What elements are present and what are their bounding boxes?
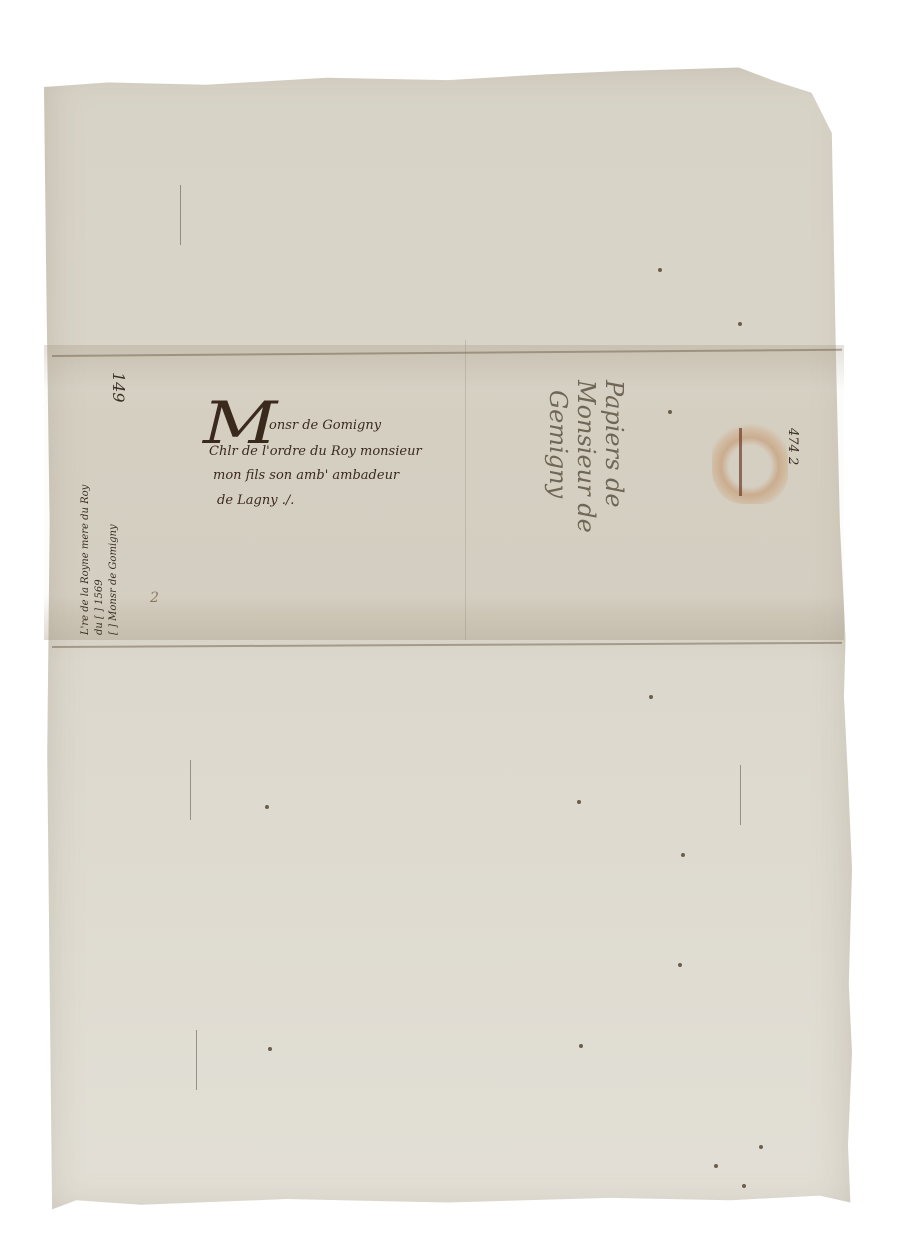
pinhole — [681, 853, 685, 857]
endorsement-line-1: Papiers de — [600, 380, 628, 508]
ruling-mark — [740, 765, 741, 825]
pinhole — [579, 1044, 583, 1048]
endorsement-line-3: Gemigny — [544, 390, 572, 498]
pinhole — [265, 805, 269, 809]
folio-number: 149 — [109, 372, 128, 403]
pinhole — [268, 1047, 272, 1051]
ruling-mark — [190, 760, 191, 820]
endorsement-line-2: Monsieur de — [572, 380, 600, 533]
pinhole — [577, 800, 581, 804]
address-line-1: onsr de Gomigny — [269, 418, 381, 433]
fold-line-vertical — [465, 340, 466, 640]
ruling-mark — [196, 1030, 197, 1090]
wax-seal-stain — [712, 420, 788, 504]
margin-note-line-1: L're de la Royne mere du Roy — [80, 485, 91, 635]
margin-note-line-3: [ ] Monsr de Gomigny — [108, 524, 119, 635]
manuscript-sheet — [44, 64, 852, 1214]
right-margin-number: 474 2 — [785, 428, 800, 465]
stain-mark — [739, 428, 742, 496]
ruling-mark — [180, 185, 181, 245]
address-line-4: de Lagny ./. — [217, 493, 294, 508]
margin-note-line-2: du [ ] 1569 — [94, 579, 105, 635]
address-line-2: Chlr de l'ordre du Roy monsieur — [209, 444, 422, 459]
pinhole — [678, 963, 682, 967]
page-mark: 2 — [150, 590, 159, 606]
address-line-3: mon fils son amb' ambadeur — [213, 468, 399, 483]
pinhole — [668, 410, 672, 414]
pinhole — [714, 1164, 718, 1168]
pinhole — [658, 268, 662, 272]
pinhole — [649, 695, 653, 699]
pinhole — [742, 1184, 746, 1188]
pinhole — [759, 1145, 763, 1149]
pinhole — [738, 322, 742, 326]
